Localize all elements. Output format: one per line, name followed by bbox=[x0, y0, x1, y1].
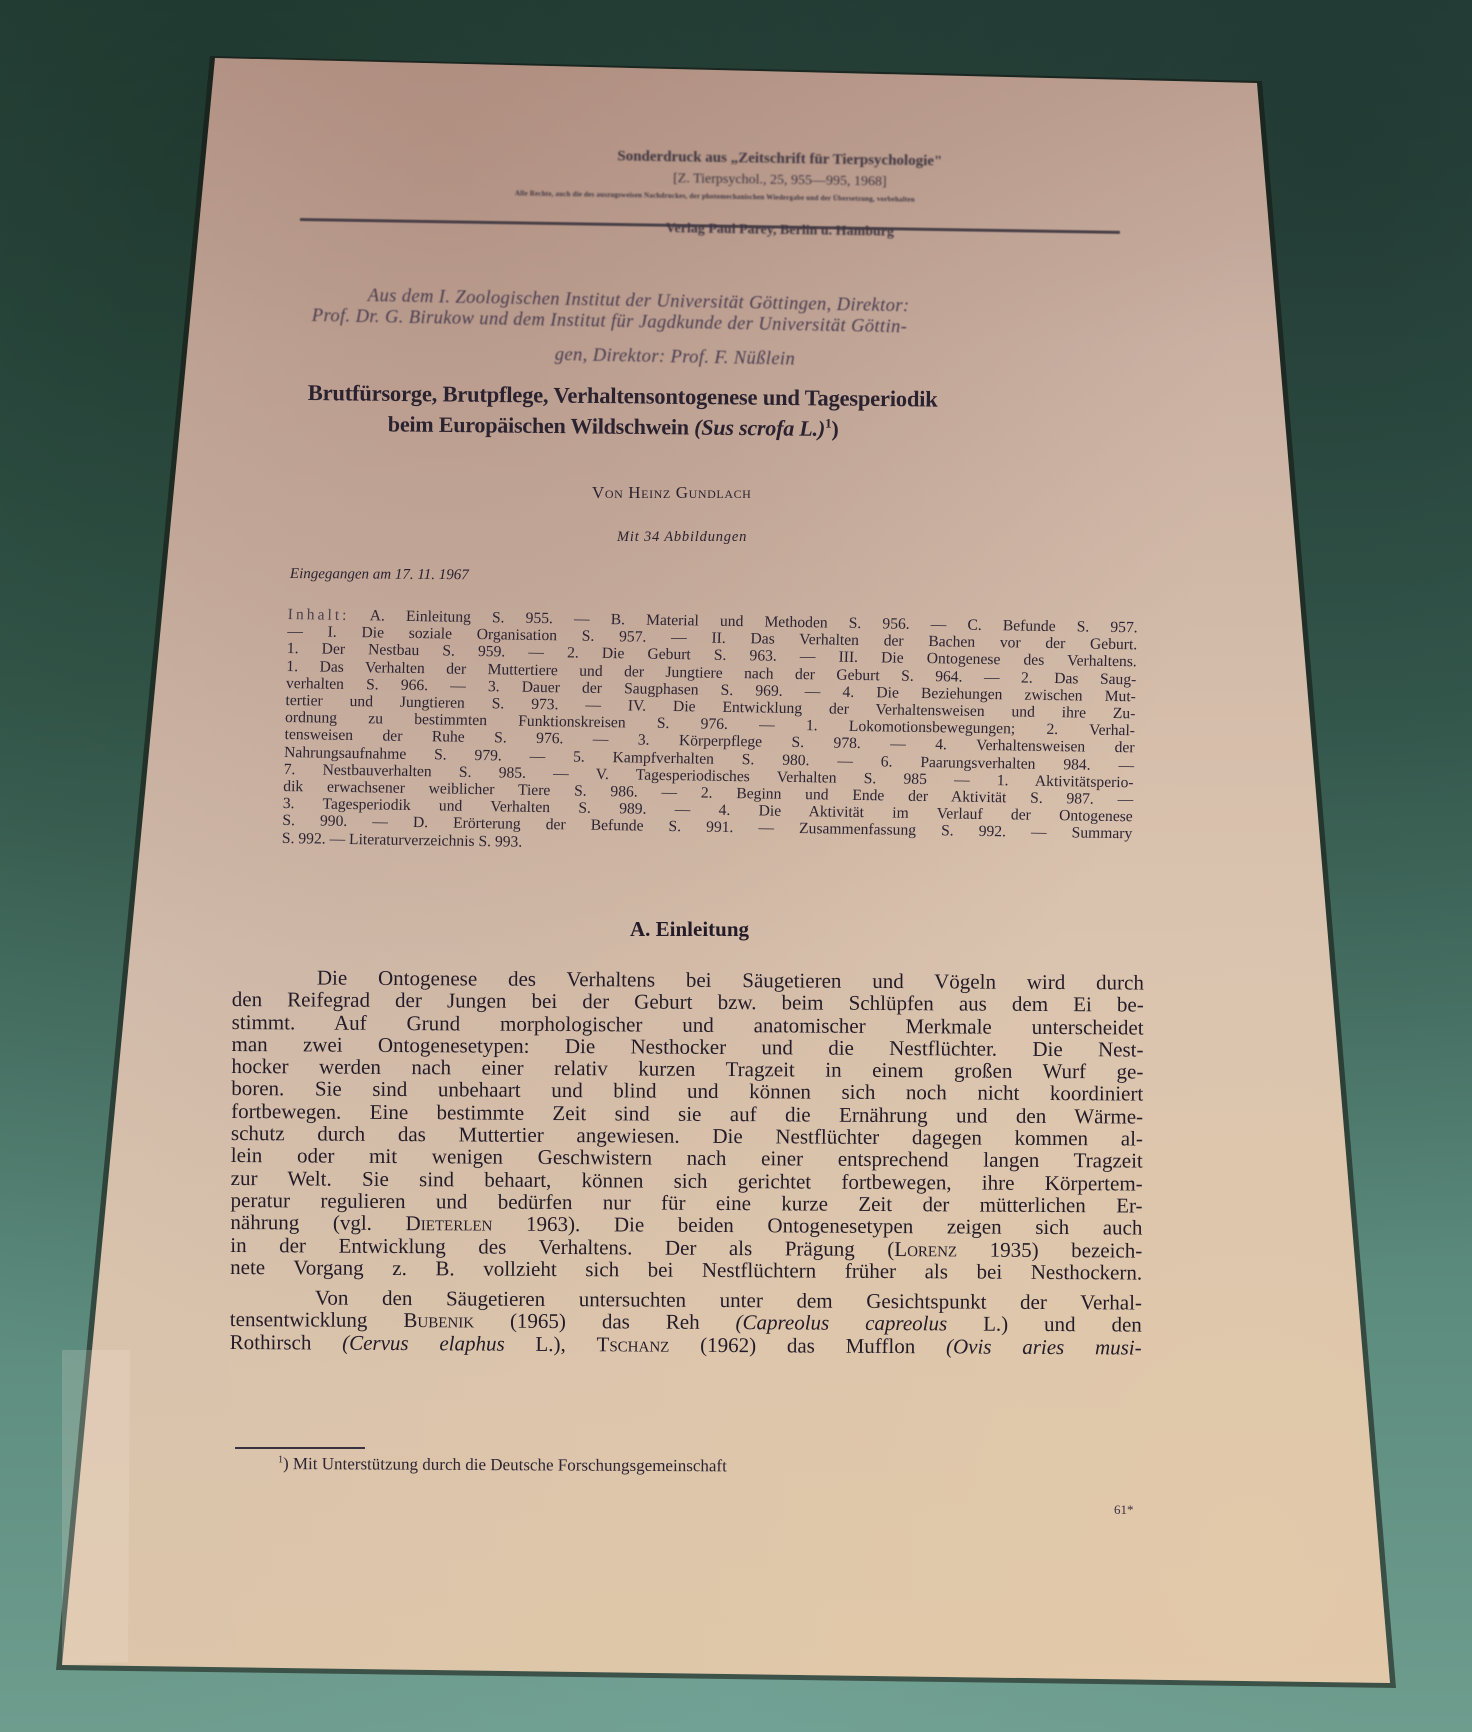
toc-label: Inhalt: bbox=[288, 606, 350, 624]
cited-author: Bubenik bbox=[403, 1309, 474, 1333]
cited-author: Lorenz bbox=[894, 1237, 957, 1261]
institution-line: gen, Direktor: Prof. F. Nüßlein bbox=[555, 345, 796, 371]
body-line: Rothirsch (Cervus elaphus L.), Tschanz (… bbox=[230, 1331, 1142, 1359]
footnote: 1) Mit Unterstützung durch die Deutsche … bbox=[278, 1454, 727, 1476]
body-text: Die Ontogenese des Verhaltens bei Säuget… bbox=[230, 966, 1144, 1359]
footnote-rule bbox=[235, 1447, 365, 1449]
species-name: (Cervus elaphus bbox=[342, 1330, 505, 1355]
table-of-contents: Inhalt: A. Einleitung S. 955. — B. Mater… bbox=[282, 606, 1138, 860]
section-heading: A. Einleitung bbox=[630, 917, 749, 942]
body-line: nete Vorgang z. B. vollzieht sich bei Ne… bbox=[230, 1256, 1142, 1284]
article-title-line-2: beim Europäischen Wildschwein (Sus scrof… bbox=[388, 411, 839, 442]
page-number: 61* bbox=[1114, 1502, 1134, 1518]
publisher-line: Verlag Paul Parey, Berlin u. Hamburg bbox=[470, 218, 1090, 244]
species-name: (Ovis aries musi- bbox=[946, 1334, 1142, 1359]
title-text: beim Europäischen Wildschwein bbox=[388, 411, 695, 439]
cited-author: Dieterlen bbox=[406, 1211, 493, 1236]
document-page: Sonderdruck aus „Zeitschrift für Tierpsy… bbox=[0, 0, 1472, 1732]
species-name: (Sus scrofa L.) bbox=[694, 415, 825, 441]
received-date: Eingegangen am 17. 11. 1967 bbox=[290, 566, 469, 584]
cited-author: Tschanz bbox=[596, 1332, 669, 1356]
author-byline: Von Heinz Gundlach bbox=[592, 483, 751, 503]
article-title-line-1: Brutfürsorge, Brutpflege, Verhaltensonto… bbox=[308, 380, 938, 413]
title-text: ) bbox=[831, 416, 838, 441]
figures-note: Mit 34 Abbildungen bbox=[617, 529, 747, 546]
